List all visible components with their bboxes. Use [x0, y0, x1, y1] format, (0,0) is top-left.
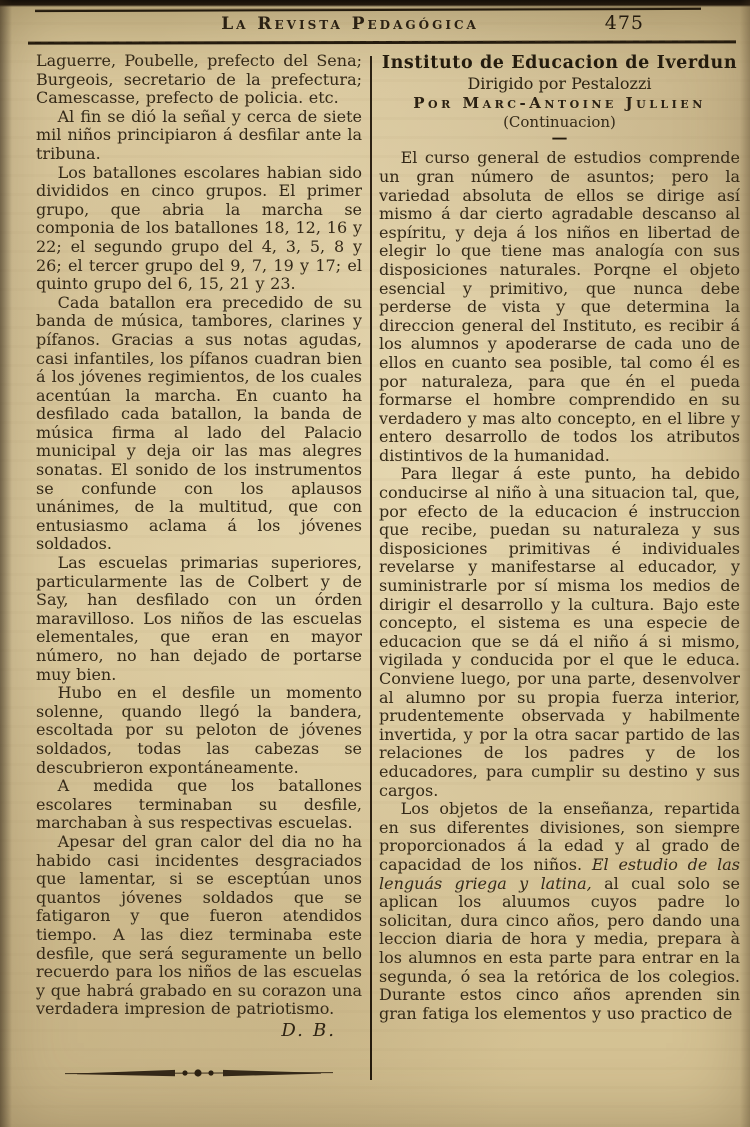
- paragraph: Apesar del gran calor del dia no ha habi…: [36, 833, 362, 1019]
- scanned-journal-page: La Revista Pedagógica 475 Laguerre, Poub…: [0, 0, 750, 1127]
- article-title: Instituto de Educacion de Iverdun: [379, 54, 740, 73]
- paragraph: El curso general de estudios comprende u…: [379, 149, 740, 465]
- scan-top-edge: [0, 0, 750, 7]
- page-number: 475: [605, 12, 644, 34]
- paragraph: Los objetos de la enseñanza, repartida e…: [379, 800, 740, 1023]
- article-subtitle: Dirigido por Pestalozzi: [379, 75, 740, 94]
- scan-left-edge: [0, 0, 12, 1127]
- article-byline: Por Marc-Antoine Jullien: [379, 94, 740, 113]
- left-column: Laguerre, Poubelle, prefecto del Sena; B…: [36, 52, 362, 1122]
- paragraph: Las escuelas primarias superiores, parti…: [36, 554, 362, 684]
- paragraph: Laguerre, Poubelle, prefecto del Sena; B…: [36, 52, 362, 108]
- paragraph-text: al cual solo se aplican los aluumos cuyo…: [379, 874, 740, 1023]
- two-column-body: Laguerre, Poubelle, prefecto del Sena; B…: [36, 52, 740, 1127]
- column-divider-rule: [370, 56, 372, 1080]
- journal-title: La Revista Pedagógica: [0, 14, 704, 34]
- header-bottom-rule: [28, 40, 736, 44]
- author-initials: D. B.: [36, 1022, 362, 1041]
- paragraph: Hubo en el desfile un momento solenne, q…: [36, 684, 362, 777]
- paragraph: Cada batallon era precedido de su banda …: [36, 294, 362, 554]
- paragraph: Para llegar á este punto, ha debido cond…: [379, 465, 740, 800]
- section-dash: —: [379, 131, 740, 145]
- paragraph: A medida que los batallones escolares te…: [36, 777, 362, 833]
- page-header: La Revista Pedagógica 475: [28, 9, 736, 44]
- right-column: Instituto de Educacion de Iverdun Dirigi…: [379, 52, 740, 1122]
- tailpiece-ornament-icon: [63, 1066, 335, 1085]
- paragraph: Al fin se dió la señal y cerca de siete …: [36, 108, 362, 164]
- paragraph: Los batallones escolares habian sido div…: [36, 164, 362, 294]
- scan-right-edge: [740, 0, 750, 1127]
- masthead-row: La Revista Pedagógica 475: [28, 12, 736, 38]
